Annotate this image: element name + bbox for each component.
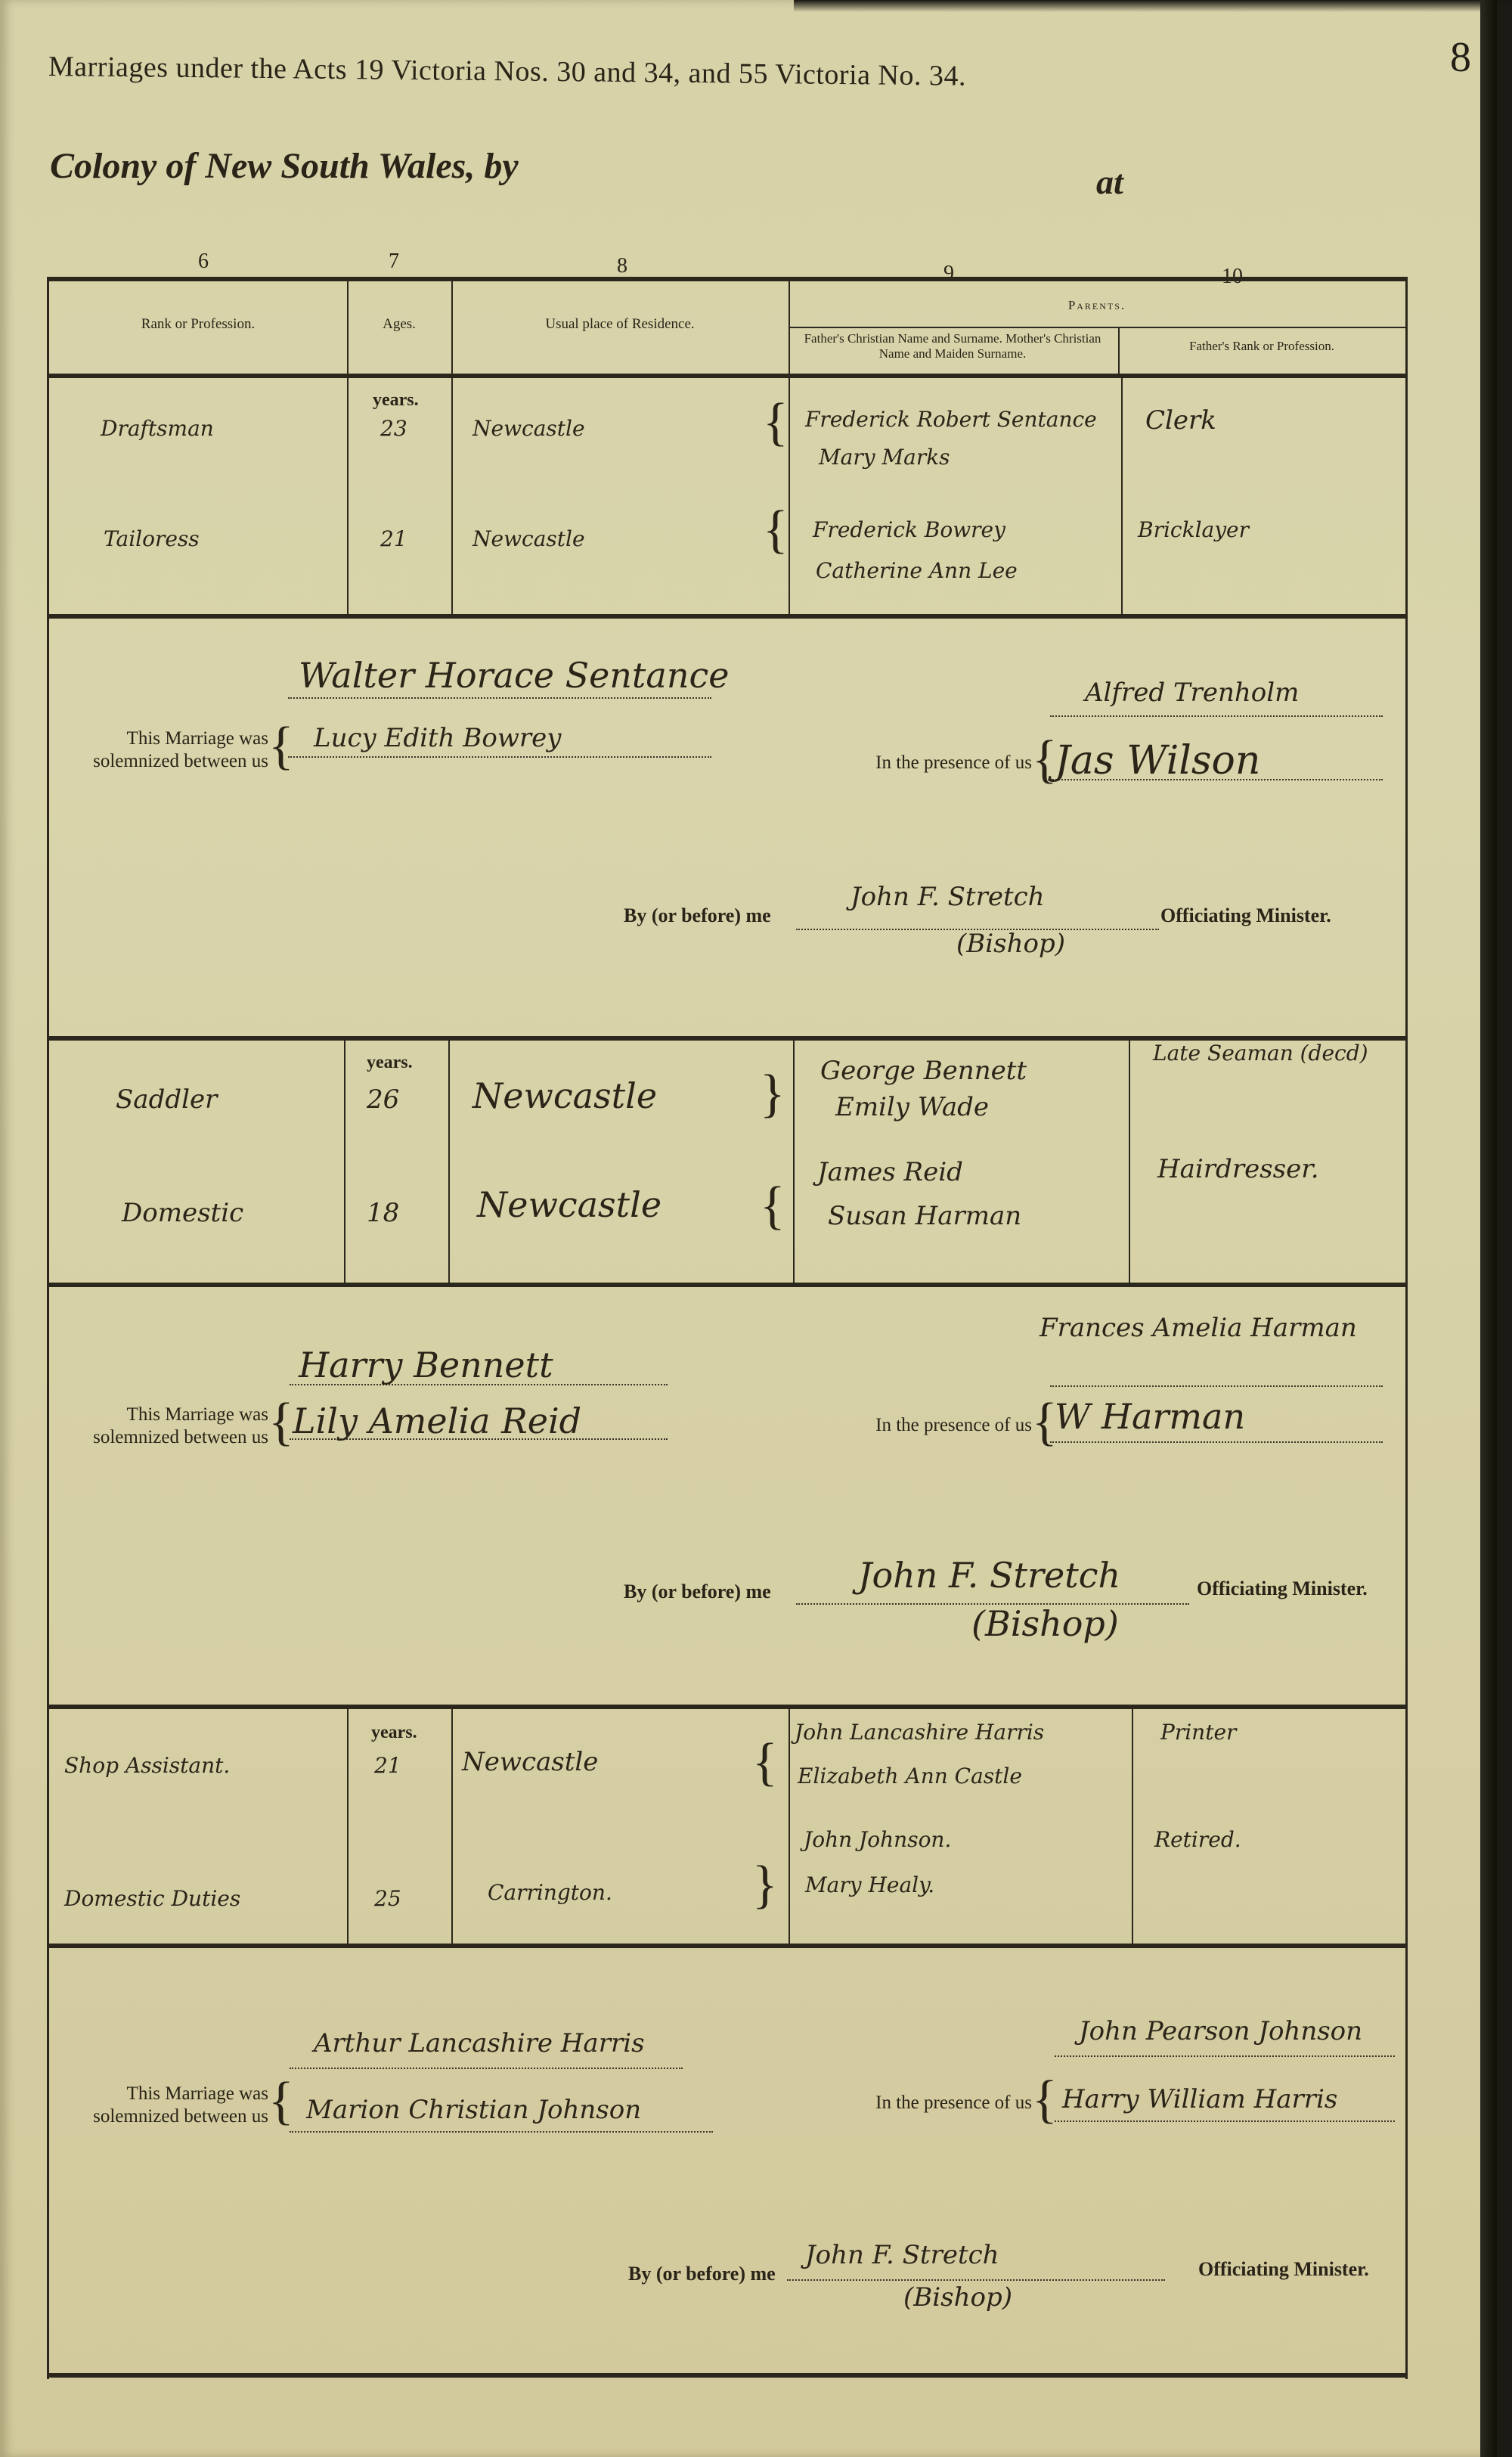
bride-signature: Lily Amelia Reid <box>293 1401 581 1441</box>
register-page: Marriages under the Acts 19 Victoria Nos… <box>0 0 1497 2457</box>
acts-header: Marriages under the Acts 19 Victoria Nos… <box>48 50 966 93</box>
signature-line <box>290 2068 683 2069</box>
presence-label: In the presence of us <box>775 752 1032 774</box>
minister-signature: John F. Stretch <box>858 1555 1120 1596</box>
column-number-7: 7 <box>389 250 399 274</box>
bride-mother: Susan Harman <box>828 1201 1021 1231</box>
witness-line <box>1055 2055 1395 2057</box>
col-divider <box>347 374 349 617</box>
header-father-rank: Father's Rank or Profession. <box>1118 339 1405 354</box>
officiating-label: Officiating Minister. <box>1198 2258 1369 2281</box>
entry-rule <box>49 1944 1405 1948</box>
minister-title: (Bishop) <box>971 1603 1119 1644</box>
brace-icon: { <box>760 1180 785 1233</box>
bride-mother: Mary Healy. <box>805 1872 934 1897</box>
bride-father-rank: Retired. <box>1154 1827 1241 1852</box>
signature-line <box>288 697 711 699</box>
header-parents: Parents. <box>789 298 1405 313</box>
witness-1: Frances Amelia Harman <box>1039 1313 1357 1343</box>
groom-father-rank: Clerk <box>1145 405 1216 436</box>
signature-line <box>288 756 711 758</box>
book-edge <box>1480 0 1497 2457</box>
groom-age: 23 <box>380 416 407 441</box>
entry-bottom-rule <box>49 1705 1405 1709</box>
groom-rank: Shop Assistant. <box>64 1753 230 1778</box>
bride-residence: Newcastle <box>477 1184 661 1225</box>
years-label: years. <box>367 1053 413 1073</box>
groom-father: Frederick Robert Sentance <box>805 407 1097 432</box>
brace-icon: { <box>1032 2074 1058 2127</box>
bride-father: James Reid <box>817 1157 963 1187</box>
solemnized-label: This Marriage was solemnized between us <box>49 1404 268 1449</box>
page-number: 8 <box>1450 33 1471 82</box>
col-divider <box>451 1705 453 1945</box>
groom-mother: Elizabeth Ann Castle <box>798 1764 1022 1788</box>
groom-mother: Mary Marks <box>819 445 950 470</box>
col-divider <box>789 374 790 617</box>
header-ages: Ages. <box>347 316 451 333</box>
solemnized-label: This Marriage was solemnized between us <box>49 727 268 773</box>
by-before-label: By (or before) me <box>628 2263 776 2285</box>
header-bottom-rule <box>49 374 1405 378</box>
groom-father-rank: Late Seaman (decd) <box>1153 1041 1368 1066</box>
brace-icon: } <box>760 1068 785 1121</box>
groom-father: John Lancashire Harris <box>795 1720 1044 1745</box>
groom-rank: Draftsman <box>101 416 214 441</box>
bride-residence: Newcastle <box>472 526 585 551</box>
groom-residence: Newcastle <box>472 1075 657 1116</box>
presence-label: In the presence of us <box>775 2092 1032 2114</box>
years-label: years. <box>373 390 419 411</box>
groom-age: 21 <box>374 1753 401 1778</box>
header-rank: Rank or Profession. <box>49 316 347 333</box>
col-divider <box>1132 1705 1133 1945</box>
years-label: years. <box>371 1723 417 1743</box>
witness-line <box>1050 1385 1383 1387</box>
groom-residence: Newcastle <box>472 416 585 441</box>
minister-signature: John F. Stretch <box>850 882 1045 912</box>
minister-line <box>787 2279 1165 2281</box>
groom-signature: Arthur Lancashire Harris <box>314 2028 645 2058</box>
brace-icon: { <box>268 720 294 773</box>
bride-signature: Marion Christian Johnson <box>306 2095 641 2125</box>
witness-1: Alfred Trenholm <box>1085 678 1299 708</box>
by-before-label: By (or before) me <box>624 1581 771 1603</box>
brace-icon: { <box>752 1736 778 1789</box>
form-bottom-rule <box>49 2373 1405 2378</box>
col-divider <box>793 1036 795 1286</box>
signature-line <box>290 2131 713 2133</box>
bride-signature: Lucy Edith Bowrey <box>314 723 562 753</box>
witness-2: Jas Wilson <box>1055 738 1260 783</box>
header-parents-names: Father's Christian Name and Surname. Mot… <box>798 331 1108 361</box>
brace-icon: { <box>763 504 789 557</box>
presence-label: In the presence of us <box>775 1414 1032 1437</box>
minister-title: (Bishop) <box>956 929 1065 959</box>
bride-age: 18 <box>367 1198 399 1228</box>
witness-2: W Harman <box>1055 1396 1245 1437</box>
bride-father: Frederick Bowrey <box>813 517 1005 542</box>
bride-age: 21 <box>380 526 407 551</box>
bride-rank: Domestic Duties <box>64 1886 240 1911</box>
bride-father-rank: Bricklayer <box>1138 517 1249 542</box>
column-number-6: 6 <box>198 250 209 274</box>
entry-rule <box>49 614 1405 619</box>
at-label: at <box>1096 162 1123 202</box>
groom-signature: Walter Horace Sentance <box>299 655 729 696</box>
groom-age: 26 <box>367 1084 399 1115</box>
witness-2: Harry William Harris <box>1062 2084 1337 2114</box>
col-divider <box>1129 1036 1130 1286</box>
col-divider <box>347 1705 349 1945</box>
groom-signature: Harry Bennett <box>299 1345 553 1385</box>
col-divider <box>451 374 453 617</box>
header-residence: Usual place of Residence. <box>451 316 789 333</box>
groom-rank: Saddler <box>116 1084 217 1115</box>
bride-father-rank: Hairdresser. <box>1157 1154 1319 1184</box>
brace-icon: } <box>752 1859 778 1912</box>
officiating-label: Officiating Minister. <box>1160 904 1331 927</box>
colony-label: Colony of New South Wales, by <box>50 145 519 187</box>
bride-rank: Domestic <box>122 1198 243 1228</box>
witness-1: John Pearson Johnson <box>1079 2016 1362 2046</box>
register-form: Rank or Profession. Ages. Usual place of… <box>47 277 1408 2379</box>
column-number-8: 8 <box>617 254 627 278</box>
col-divider <box>789 1705 790 1945</box>
witness-line <box>1050 715 1383 717</box>
page-top-shadow <box>794 0 1512 12</box>
minister-title: (Bishop) <box>903 2282 1012 2313</box>
bride-rank: Tailoress <box>104 526 200 551</box>
bride-father: John Johnson. <box>804 1827 951 1852</box>
bride-mother: Catherine Ann Lee <box>816 558 1018 583</box>
bride-residence: Carrington. <box>488 1880 612 1905</box>
parents-rule <box>789 327 1405 328</box>
solemnized-label: This Marriage was solemnized between us <box>49 2083 268 2128</box>
col-divider <box>448 1036 450 1286</box>
groom-mother: Emily Wade <box>835 1092 989 1122</box>
groom-father: George Bennett <box>820 1056 1027 1086</box>
witness-line <box>1050 1441 1383 1443</box>
groom-father-rank: Printer <box>1160 1720 1236 1745</box>
brace-icon: { <box>763 396 789 449</box>
entry-rule <box>49 1283 1405 1287</box>
brace-icon: { <box>268 2075 294 2128</box>
col-divider <box>789 277 790 374</box>
by-before-label: By (or before) me <box>624 904 771 927</box>
witness-line <box>1055 2120 1395 2122</box>
minister-signature: John F. Stretch <box>805 2240 999 2270</box>
col-divider <box>1121 374 1123 617</box>
officiating-label: Officiating Minister. <box>1197 1578 1368 1600</box>
bride-age: 25 <box>374 1886 401 1911</box>
groom-residence: Newcastle <box>462 1747 598 1777</box>
brace-icon: { <box>268 1396 294 1449</box>
col-divider <box>344 1036 345 1286</box>
form-top-rule <box>49 277 1405 281</box>
